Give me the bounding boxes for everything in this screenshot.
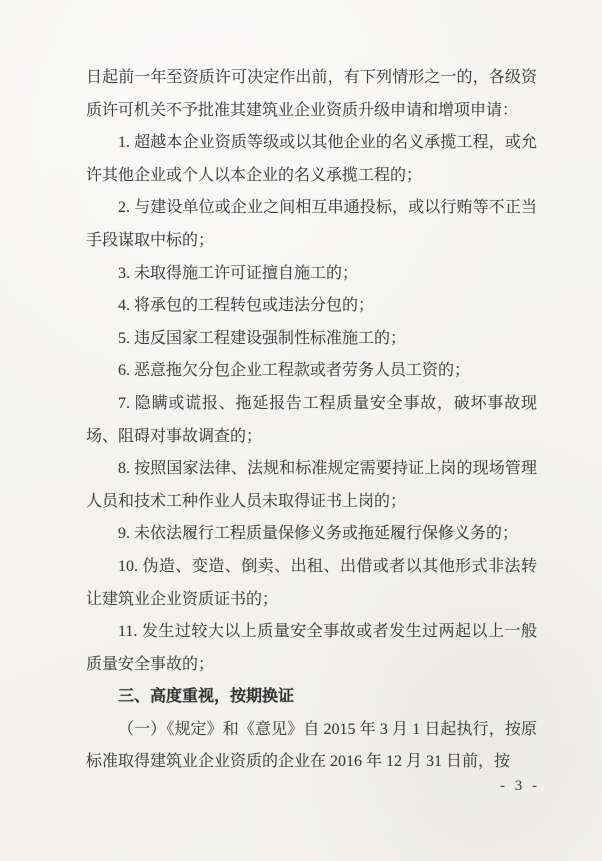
intro-paragraph: 日起前一年至资质许可决定作出前，有下列情形之一的，各级资质许可机关不予批准其建筑… bbox=[86, 62, 537, 127]
list-item-5: 5. 违反国家工程建设强制性标准施工的； bbox=[86, 323, 537, 356]
list-item-10: 10. 伪造、变造、倒卖、出租、出借或者以其他形式非法转让建筑业企业资质证书的； bbox=[86, 551, 537, 616]
page-number: - 3 - bbox=[500, 776, 540, 796]
list-item-2: 2. 与建设单位或企业之间相互串通投标，或以行贿等不正当手段谋取中标的； bbox=[86, 192, 537, 257]
list-item-11: 11. 发生过较大以上质量安全事故或者发生过两起以上一般质量安全事故的； bbox=[86, 616, 537, 681]
list-item-7: 7. 隐瞒或谎报、拖延报告工程质量安全事故，破坏事故现场、阻碍对事故调查的； bbox=[86, 388, 537, 453]
list-item-3: 3. 未取得施工许可证擅自施工的； bbox=[86, 258, 537, 291]
section-heading: 三、高度重视，按期换证 bbox=[86, 681, 537, 714]
list-item-9: 9. 未依法履行工程质量保修义务或拖延履行保修义务的； bbox=[86, 518, 537, 551]
list-item-8: 8. 按照国家法律、法规和标准规定需要持证上岗的现场管理人员和技术工种作业人员未… bbox=[86, 453, 537, 518]
list-item-4: 4. 将承包的工程转包或违法分包的； bbox=[86, 290, 537, 323]
closing-paragraph: （一）《规定》和《意见》自 2015 年 3 月 1 日起执行，按原标准取得建筑… bbox=[86, 714, 537, 779]
document-body: 日起前一年至资质许可决定作出前，有下列情形之一的，各级资质许可机关不予批准其建筑… bbox=[86, 62, 537, 779]
list-item-6: 6. 恶意拖欠分包企业工程款或者劳务人员工资的； bbox=[86, 355, 537, 388]
list-item-1: 1. 超越本企业资质等级或以其他企业的名义承揽工程，或允许其他企业或个人以本企业… bbox=[86, 127, 537, 192]
scanned-document-page: 日起前一年至资质许可决定作出前，有下列情形之一的，各级资质许可机关不予批准其建筑… bbox=[0, 0, 602, 861]
